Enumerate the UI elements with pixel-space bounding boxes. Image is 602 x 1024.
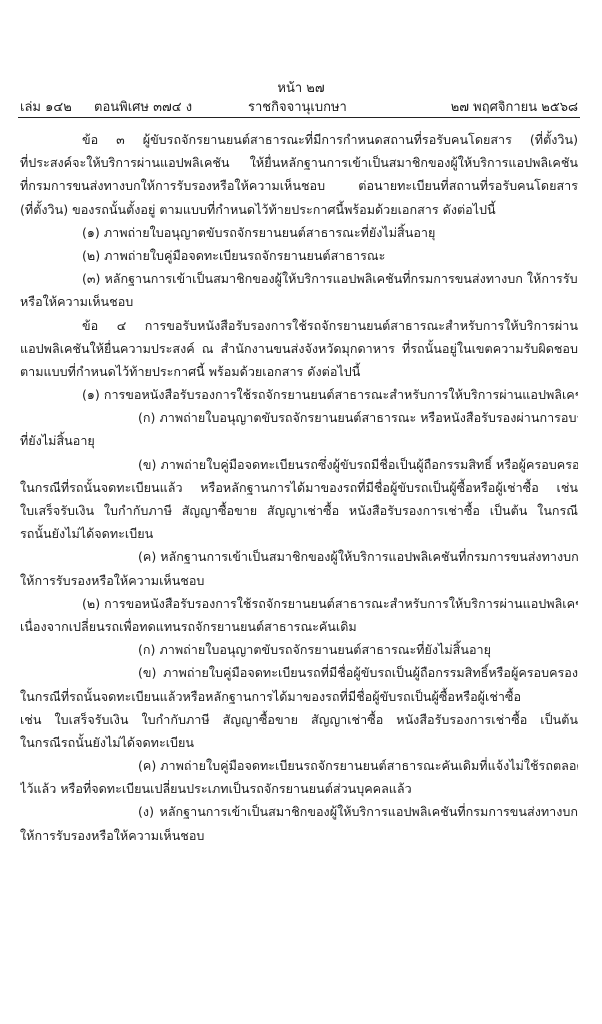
text-line: (ข) ภาพถ่ายใบคู่มือจดทะเบียนรถซึ่งผู้ขับ… xyxy=(20,453,578,476)
text-line: เช่น ใบเสร็จรับเงิน ใบกำกับภาษี สัญญาซื้… xyxy=(20,708,578,731)
publication-name: ราชกิจจานุเบกษา xyxy=(248,96,347,117)
text-line: รถนั้นยังไม่ได้จดทะเบียน xyxy=(20,522,578,545)
text-line: ในกรณีรถนั้นยังไม่ได้จดทะเบียน xyxy=(20,731,578,754)
text-line: ที่ยังไม่สิ้นอายุ xyxy=(20,429,578,452)
text-line: ให้การรับรองหรือให้ความเห็นชอบ xyxy=(20,569,578,592)
text-line: ไว้แล้ว หรือที่จดทะเบียนเปลี่ยนประเภทเป็… xyxy=(20,777,578,800)
text-line: ข้อ ๓ ผู้ขับรถจักรยานยนต์สาธารณะที่มีการ… xyxy=(20,128,578,151)
text-line: หรือให้ความเห็นชอบ xyxy=(20,290,578,313)
text-line: ตามแบบที่กำหนดไว้ท้ายประกาศนี้ พร้อมด้วย… xyxy=(20,360,578,383)
text-line: (ง) หลักฐานการเข้าเป็นสมาชิกของผู้ให้บริ… xyxy=(20,800,578,823)
document-body: ข้อ ๓ ผู้ขับรถจักรยานยนต์สาธารณะที่มีการ… xyxy=(20,128,578,847)
text-line: ที่ประสงค์จะให้บริการผ่านแอปพลิเคชัน ให้… xyxy=(20,151,578,174)
text-line: ที่กรมการขนส่งทางบกให้การรับรองหรือให้คว… xyxy=(20,174,578,197)
header-divider xyxy=(18,117,580,118)
text-line: (ค) ภาพถ่ายใบคู่มือจดทะเบียนรถจักรยานยนต… xyxy=(20,754,578,777)
text-line: ให้การรับรองหรือให้ความเห็นชอบ xyxy=(20,824,578,847)
text-line: (ที่ตั้งวิน) ของรถนั้นตั้งอยู่ ตามแบบที่… xyxy=(20,198,578,221)
text-line: ใบเสร็จรับเงิน ใบกำกับภาษี สัญญาซื้อขาย … xyxy=(20,499,578,522)
text-line: (๒) ภาพถ่ายใบคู่มือจดทะเบียนรถจักรยานยนต… xyxy=(20,244,578,267)
text-line: (๓) หลักฐานการเข้าเป็นสมาชิกของผู้ให้บริ… xyxy=(20,267,578,290)
section-label: ตอนพิเศษ ๓๗๔ ง xyxy=(94,96,192,117)
text-line: (๑) ภาพถ่ายใบอนุญาตขับรถจักรยานยนต์สาธาร… xyxy=(20,221,578,244)
text-line: ในกรณีที่รถนั้นจดทะเบียนแล้วหรือหลักฐานก… xyxy=(20,685,578,708)
text-line: (ข) ภาพถ่ายใบคู่มือจดทะเบียนรถที่มีชื่อผ… xyxy=(20,661,578,684)
text-line: (ก) ภาพถ่ายใบอนุญาตขับรถจักรยานยนต์สาธาร… xyxy=(20,406,578,429)
text-line: (๒) การขอหนังสือรับรองการใช้รถจักรยานยนต… xyxy=(20,592,578,615)
text-line: แอปพลิเคชันให้ยื่นความประสงค์ ณ สำนักงาน… xyxy=(20,337,578,360)
page-number: หน้า ๒๗ xyxy=(0,77,602,98)
text-line: เนื่องจากเปลี่ยนรถเพื่อทดแทนรถจักรยานยนต… xyxy=(20,615,578,638)
gazette-header: เล่ม ๑๔๒ ตอนพิเศษ ๓๗๔ ง ราชกิจจานุเบกษา … xyxy=(20,96,578,114)
text-line: (๑) การขอหนังสือรับรองการใช้รถจักรยานยนต… xyxy=(20,383,578,406)
text-line: ข้อ ๔ การขอรับหนังสือรับรองการใช้รถจักรย… xyxy=(20,314,578,337)
publication-date: ๒๗ พฤศจิกายน ๒๕๖๘ xyxy=(451,96,578,117)
text-line: (ก) ภาพถ่ายใบอนุญาตขับรถจักรยานยนต์สาธาร… xyxy=(20,638,578,661)
text-line: ในกรณีที่รถนั้นจดทะเบียนแล้ว หรือหลักฐาน… xyxy=(20,476,578,499)
text-line: (ค) หลักฐานการเข้าเป็นสมาชิกของผู้ให้บริ… xyxy=(20,545,578,568)
volume-label: เล่ม ๑๔๒ xyxy=(20,96,72,117)
